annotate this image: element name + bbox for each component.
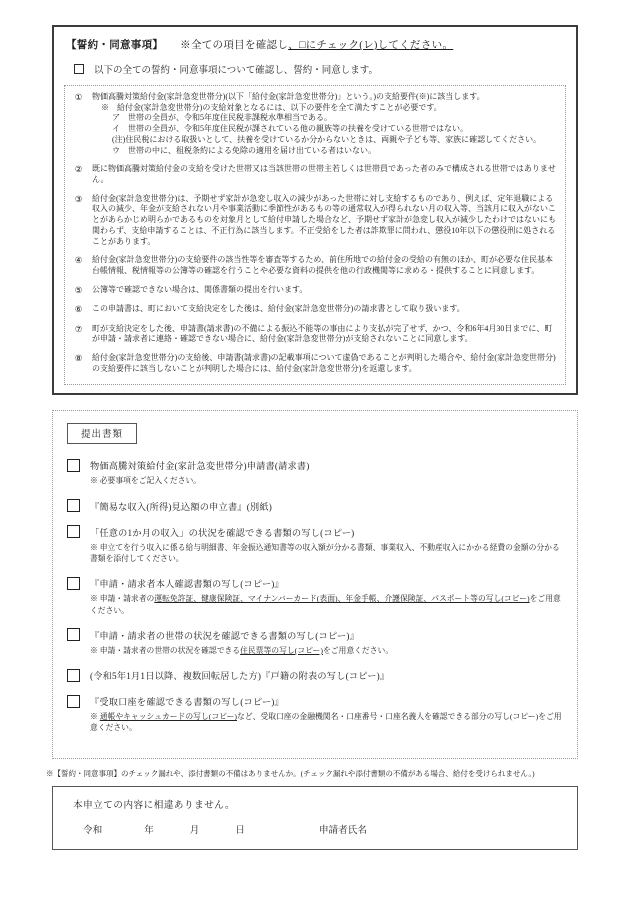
bottom-note: ※【誓約・同意事項】のチェック漏れや、添付書類の不備はありませんか。(チェック漏… xyxy=(46,768,578,779)
pledge-section: 【誓約・同意事項】 ※全ての項目を確認し、□にチェック(レ)してください。 以下… xyxy=(52,25,578,395)
pledge-item-line: ウ 世帯の中に、租税条約による免除の適用を届け出ている者はいない。 xyxy=(92,146,557,157)
document-checkbox[interactable] xyxy=(67,628,80,641)
declaration-statement: 本申立ての内容に相違ありません。 xyxy=(73,797,563,811)
document-item: 『申請・請求者の世帯の状況を確認できる書類の写し(コピー)』※ 申請・請求者の世… xyxy=(67,628,563,656)
year-label: 年 xyxy=(144,822,154,836)
pledge-item: ⑦町が支給決定をした後、申請書(請求書)の不備による振込不能等の事由により支払が… xyxy=(71,324,557,345)
declaration-box: 本申立ての内容に相違ありません。 令和 年 月 日 申請者氏名 xyxy=(52,786,578,850)
pledge-item-text: 既に物価高騰対策給付金の支給を受けた世帯又は当該世帯の世帯主若しくは世帯員であっ… xyxy=(92,164,557,185)
month-label: 月 xyxy=(190,822,200,836)
pledge-item-line: 給付金(家計急変世帯分)の支給要件の該当性等を審査等するため、前住所地での給付金… xyxy=(92,255,557,276)
document-note: ※ 通帳やキャッシュカードの写し(コピー)など、受取口座の金融機関名・口座番号・… xyxy=(90,711,563,734)
documents-heading: 提出書類 xyxy=(67,423,137,444)
pledge-item-line: 町が支給決定をした後、申請書(請求書)の不備による振込不能等の事由により支払が完… xyxy=(92,324,557,345)
agree-checkbox[interactable] xyxy=(74,64,84,74)
applicant-name-label: 申請者氏名 xyxy=(319,822,367,836)
agree-row: 以下の全ての誓約・同意事項について確認し、誓約・同意します。 xyxy=(74,62,566,76)
document-item-main: (令和5年1月1日以降、複数回転居した方)『戸籍の附表の写し(コピー)』 xyxy=(67,668,563,682)
document-checkbox[interactable] xyxy=(67,499,80,512)
document-label: 物価高騰対策給付金(家計急変世帯分)申請書(請求書) xyxy=(90,458,310,472)
document-item: 物価高騰対策給付金(家計急変世帯分)申請書(請求書)※ 必要事項をご記入ください… xyxy=(67,458,563,486)
pledge-title: 【誓約・同意事項】 xyxy=(66,40,163,51)
document-item-main: 『簡易な収入(所得)見込額の申立書』(別紙) xyxy=(67,499,563,513)
pledge-header: 【誓約・同意事項】 ※全ての項目を確認し、□にチェック(レ)してください。 xyxy=(66,37,566,52)
pledge-item-number: ⑤ xyxy=(71,285,86,296)
document-item: (令和5年1月1日以降、複数回転居した方)『戸籍の附表の写し(コピー)』 xyxy=(67,668,563,682)
document-item: 『受取口座を確認できる書類の写し(コピー)』※ 通帳やキャッシュカードの写し(コ… xyxy=(67,694,563,734)
pledge-item-line: 公簿等で確認できない場合は、関係書類の提出を行います。 xyxy=(92,285,557,296)
document-checkbox[interactable] xyxy=(67,577,80,590)
pledge-item: ⑥この申請書は、町において支給決定をした後は、給付金(家計急変世帯分)の請求書と… xyxy=(71,304,557,315)
pledge-item-line: 既に物価高騰対策給付金の支給を受けた世帯又は当該世帯の世帯主若しくは世帯員であっ… xyxy=(92,164,557,185)
pledge-item: ⑤公簿等で確認できない場合は、関係書類の提出を行います。 xyxy=(71,285,557,296)
document-note-segment: ※ xyxy=(90,712,100,721)
pledge-item-line: 給付金(家計急変世帯分)の支給後、申請書(請求書)の記載事項について虚偽であるこ… xyxy=(92,353,557,374)
document-checkbox[interactable] xyxy=(67,669,80,682)
pledge-item: ①物価高騰対策給付金(家計急変世帯分)(以下「給付金(家計急変世帯分)」という。… xyxy=(71,92,557,156)
document-item-main: 『受取口座を確認できる書類の写し(コピー)』 xyxy=(67,694,563,708)
document-note-segment: ※ 申請・請求者の xyxy=(90,594,154,603)
pledge-item: ②既に物価高騰対策給付金の支給を受けた世帯又は当該世帯の世帯主若しくは世帯員であ… xyxy=(71,164,557,185)
pledge-item-text: 給付金(家計急変世帯分)の支給後、申請書(請求書)の記載事項について虚偽であるこ… xyxy=(92,353,557,374)
pledge-item-number: ② xyxy=(71,164,86,185)
declaration-date-line: 令和 年 月 日 申請者氏名 xyxy=(83,822,563,836)
document-label: 『申請・請求者本人確認書類の写し(コピー)』 xyxy=(90,576,284,590)
document-checkbox[interactable] xyxy=(67,695,80,708)
pledge-item-number: ① xyxy=(71,92,86,156)
document-item-main: 『申請・請求者の世帯の状況を確認できる書類の写し(コピー)』 xyxy=(67,628,563,642)
documents-section: 提出書類 物価高騰対策給付金(家計急変世帯分)申請書(請求書)※ 必要事項をご記… xyxy=(52,410,578,758)
document-note-segment: 運転免許証、健康保険証、マイナンバーカード(表面)、年金手帳、介護保険証、パスポ… xyxy=(154,594,529,603)
document-note: ※ 申立てを行う収入に係る給与明細書、年金振込通知書等の収入額が分かる書類、事業… xyxy=(90,542,563,565)
document-items: 物価高騰対策給付金(家計急変世帯分)申請書(請求書)※ 必要事項をご記入ください… xyxy=(65,458,563,733)
document-note: ※ 申請・請求者の運転免許証、健康保険証、マイナンバーカード(表面)、年金手帳、… xyxy=(90,593,563,616)
document-label: 『受取口座を確認できる書類の写し(コピー)』 xyxy=(90,694,284,708)
pledge-item-line: 給付金(家計急変世帯分)は、予期せず家計が急変し収入の減少があった世帯に対し支給… xyxy=(92,194,557,248)
pledge-item-text: 給付金(家計急変世帯分)は、予期せず家計が急変し収入の減少があった世帯に対し支給… xyxy=(92,194,557,248)
document-note: ※ 必要事項をご記入ください。 xyxy=(90,475,563,486)
agree-label: 以下の全ての誓約・同意事項について確認し、誓約・同意します。 xyxy=(94,62,378,76)
document-note: ※ 申請・請求者の世帯の状況を確認できる住民票等の写し(コピー)をご用意ください… xyxy=(90,645,563,656)
form-content: 【誓約・同意事項】 ※全ての項目を確認し、□にチェック(レ)してください。 以下… xyxy=(52,25,578,850)
document-note-segment: をご用意ください。 xyxy=(323,646,393,655)
pledge-items-box: ①物価高騰対策給付金(家計急変世帯分)(以下「給付金(家計急変世帯分)」という。… xyxy=(64,85,566,385)
pledge-item-line: 物価高騰対策給付金(家計急変世帯分)(以下「給付金(家計急変世帯分)」という。)… xyxy=(92,92,557,103)
pledge-item-line: ア 世帯の全員が、令和5年度住民税非課税水準相当である。 xyxy=(92,113,557,124)
pledge-item-text: この申請書は、町において支給決定をした後は、給付金(家計急変世帯分)の請求書とし… xyxy=(92,304,557,315)
pledge-item: ④給付金(家計急変世帯分)の支給要件の該当性等を審査等するため、前住所地での給付… xyxy=(71,255,557,276)
form-page: 【誓約・同意事項】 ※全ての項目を確認し、□にチェック(レ)してください。 以下… xyxy=(0,0,630,902)
document-label: 『簡易な収入(所得)見込額の申立書』(別紙) xyxy=(90,499,272,513)
day-label: 日 xyxy=(235,822,245,836)
pledge-item-line: イ 世帯の全員が、令和5年度住民税が課されている他の親族等の扶養を受けている世帯… xyxy=(92,124,557,135)
pledge-instruction: ※全ての項目を確認し、□にチェック(レ)してください。 xyxy=(180,40,453,51)
document-label: (令和5年1月1日以降、複数回転居した方)『戸籍の附表の写し(コピー)』 xyxy=(90,668,389,682)
document-item-main: 『申請・請求者本人確認書類の写し(コピー)』 xyxy=(67,576,563,590)
pledge-item-line: (注)住民税における取扱いとして、扶養を受けているか分からないときは、両親や子ど… xyxy=(92,135,557,146)
pledge-item-text: 町が支給決定をした後、申請書(請求書)の不備による振込不能等の事由により支払が完… xyxy=(92,324,557,345)
document-checkbox[interactable] xyxy=(67,459,80,472)
pledge-item-number: ⑧ xyxy=(71,353,86,374)
document-note-segment: 通帳やキャッシュカードの写し(コピー) xyxy=(100,712,237,721)
document-item-main: 「任意の1か月の収入」の状況を確認できる書類の写し(コピー) xyxy=(67,525,563,539)
pledge-item-text: 給付金(家計急変世帯分)の支給要件の該当性等を審査等するため、前住所地での給付金… xyxy=(92,255,557,276)
pledge-item: ⑧給付金(家計急変世帯分)の支給後、申請書(請求書)の記載事項について虚偽である… xyxy=(71,353,557,374)
pledge-item-number: ③ xyxy=(71,194,86,248)
document-item: 『簡易な収入(所得)見込額の申立書』(別紙) xyxy=(67,499,563,513)
document-note-segment: ※ 申請・請求者の世帯の状況を確認できる xyxy=(90,646,240,655)
document-label: 「任意の1か月の収入」の状況を確認できる書類の写し(コピー) xyxy=(90,525,354,539)
pledge-item-line: この申請書は、町において支給決定をした後は、給付金(家計急変世帯分)の請求書とし… xyxy=(92,304,557,315)
pledge-item-number: ⑥ xyxy=(71,304,86,315)
pledge-instruction-underlined: 、□にチェック(レ)してください。 xyxy=(288,40,453,51)
document-note-segment: 住民票等の写し(コピー) xyxy=(240,646,323,655)
pledge-item-line: ※ 給付金(家計急変世帯分)の支給対象となるには、以下の要件を全て満たすことが必… xyxy=(92,103,557,114)
pledge-item-text: 物価高騰対策給付金(家計急変世帯分)(以下「給付金(家計急変世帯分)」という。)… xyxy=(92,92,557,156)
document-label: 『申請・請求者の世帯の状況を確認できる書類の写し(コピー)』 xyxy=(90,628,359,642)
document-item-main: 物価高騰対策給付金(家計急変世帯分)申請書(請求書) xyxy=(67,458,563,472)
document-item: 『申請・請求者本人確認書類の写し(コピー)』※ 申請・請求者の運転免許証、健康保… xyxy=(67,576,563,616)
document-item: 「任意の1か月の収入」の状況を確認できる書類の写し(コピー)※ 申立てを行う収入… xyxy=(67,525,563,565)
era-label: 令和 xyxy=(83,822,102,836)
pledge-item-number: ⑦ xyxy=(71,324,86,345)
pledge-item-number: ④ xyxy=(71,255,86,276)
document-note-segment: ※ 必要事項をご記入ください。 xyxy=(90,476,201,485)
pledge-item: ③給付金(家計急変世帯分)は、予期せず家計が急変し収入の減少があった世帯に対し支… xyxy=(71,194,557,248)
pledge-item-text: 公簿等で確認できない場合は、関係書類の提出を行います。 xyxy=(92,285,557,296)
document-note-segment: ※ 申立てを行う収入に係る給与明細書、年金振込通知書等の収入額が分かる書類、事業… xyxy=(90,543,560,563)
document-checkbox[interactable] xyxy=(67,525,80,538)
